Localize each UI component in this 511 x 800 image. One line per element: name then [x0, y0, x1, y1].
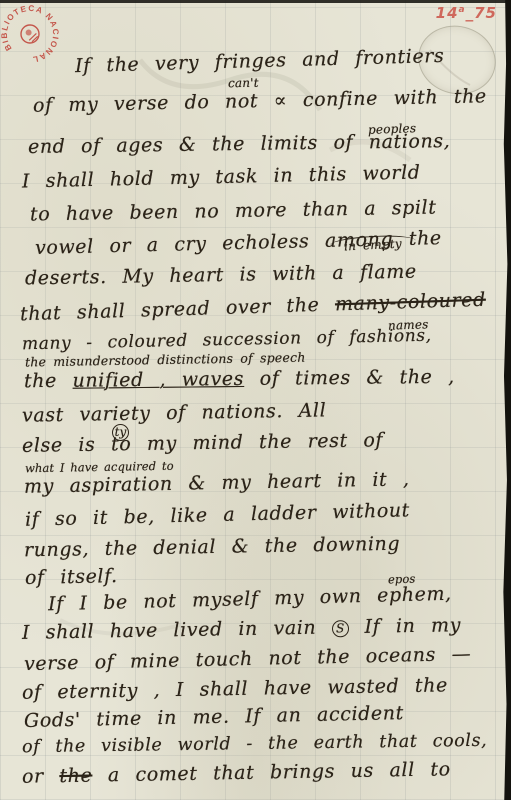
manuscript-line: of the visible world - the earth that co… — [22, 731, 488, 757]
line-text: of the visible world - the earth that co… — [22, 731, 488, 757]
catalog-number: 14a_75 — [436, 4, 497, 22]
manuscript-line: or the a comet that brings us all to — [22, 758, 451, 787]
manuscript-line: I shall hold my task in this world — [22, 161, 421, 192]
manuscript-line: if so it be, like a ladder without — [25, 499, 410, 530]
line-text: of itself. — [25, 565, 118, 589]
line-text: that shall spread over the — [20, 293, 336, 325]
line-text: verse of mine touch not the oceans — — [24, 643, 472, 675]
manuscript-page: BIBLIOTECA NACIONAL 14a_75 If the very f… — [0, 0, 511, 800]
line-text: to have been no more than a spilt — [30, 196, 437, 225]
insertion-above-line: can't — [228, 76, 259, 91]
manuscript-line: of itself. — [25, 565, 118, 589]
scan-edge-top — [0, 0, 511, 3]
line-text: of my verse do not ∝ confine with the — [33, 85, 487, 116]
manuscript-line: else is to my mind the rest of — [22, 429, 383, 457]
line-text: I shall have lived in vain — [22, 616, 332, 643]
manuscript-line: to have been no more than a spilt — [30, 196, 437, 225]
manuscript-line: If I be not myself my own ephem, — [48, 583, 452, 616]
manuscript-line: of my verse do not ∝ confine with the — [33, 85, 487, 116]
line-text: vast variety of nations. All — [22, 399, 327, 426]
scan-edge-right — [502, 0, 511, 800]
manuscript-line: deserts. My heart is with a flame — [25, 261, 417, 290]
underlined-text: unified , waves — [72, 368, 244, 392]
line-text: Gods' time in me. If an accident — [24, 702, 404, 732]
line-text: the — [24, 370, 73, 393]
manuscript-line: I shall have lived in vain S If in my — [22, 614, 461, 644]
line-text: I shall hold my task in this world — [22, 161, 421, 192]
line-text: or — [22, 765, 60, 788]
catalog-rest: _75 — [466, 4, 497, 22]
manuscript-line: Gods' time in me. If an accident — [24, 702, 404, 732]
manuscript-line: vowel or a cry echoless among the — [35, 227, 442, 259]
line-text: of times & the , — [244, 366, 455, 390]
line-text: fashions, — [349, 326, 432, 348]
manuscript-line: rungs, the denial & the downing — [24, 533, 400, 562]
insertion-text: can't — [228, 76, 259, 91]
catalog-base: 14 — [436, 4, 459, 22]
circled-editorial-mark: S — [332, 620, 349, 637]
manuscript-line: If the very fringes and frontiers — [75, 45, 445, 77]
line-text: if so it be, like a ladder without — [25, 499, 410, 530]
line-text: rungs, the denial & the downing — [24, 533, 400, 562]
line-text: deserts. My heart is with a flame — [25, 261, 417, 290]
manuscript-line: of eternity , I shall have wasted the — [22, 674, 448, 703]
catalog-sup: a — [459, 5, 466, 15]
manuscript-line: vast variety of nations. All — [22, 399, 327, 426]
line-text: of eternity , I shall have wasted the — [22, 674, 448, 703]
line-text: a comet that brings us all to — [92, 758, 451, 786]
manuscript-line: the unified , waves of times & the , — [24, 366, 455, 393]
line-text: else is to my mind the rest of — [22, 429, 383, 457]
line-text: end of ages & the limits of nations, — [28, 130, 451, 158]
manuscript-line: end of ages & the limits of nations, — [28, 130, 451, 158]
struck-text: many-coloured — [335, 289, 486, 316]
line-text: vowel or a cry echoless among the — [35, 227, 442, 259]
manuscript-line: verse of mine touch not the oceans — — [24, 643, 472, 675]
library-stamp-icon: BIBLIOTECA NACIONAL — [0, 0, 81, 85]
line-text: If I be not myself my own ephem, — [48, 583, 452, 616]
struck-text: the — [59, 765, 92, 788]
line-text: If in my — [349, 614, 461, 638]
line-text: If the very fringes and frontiers — [75, 45, 445, 77]
